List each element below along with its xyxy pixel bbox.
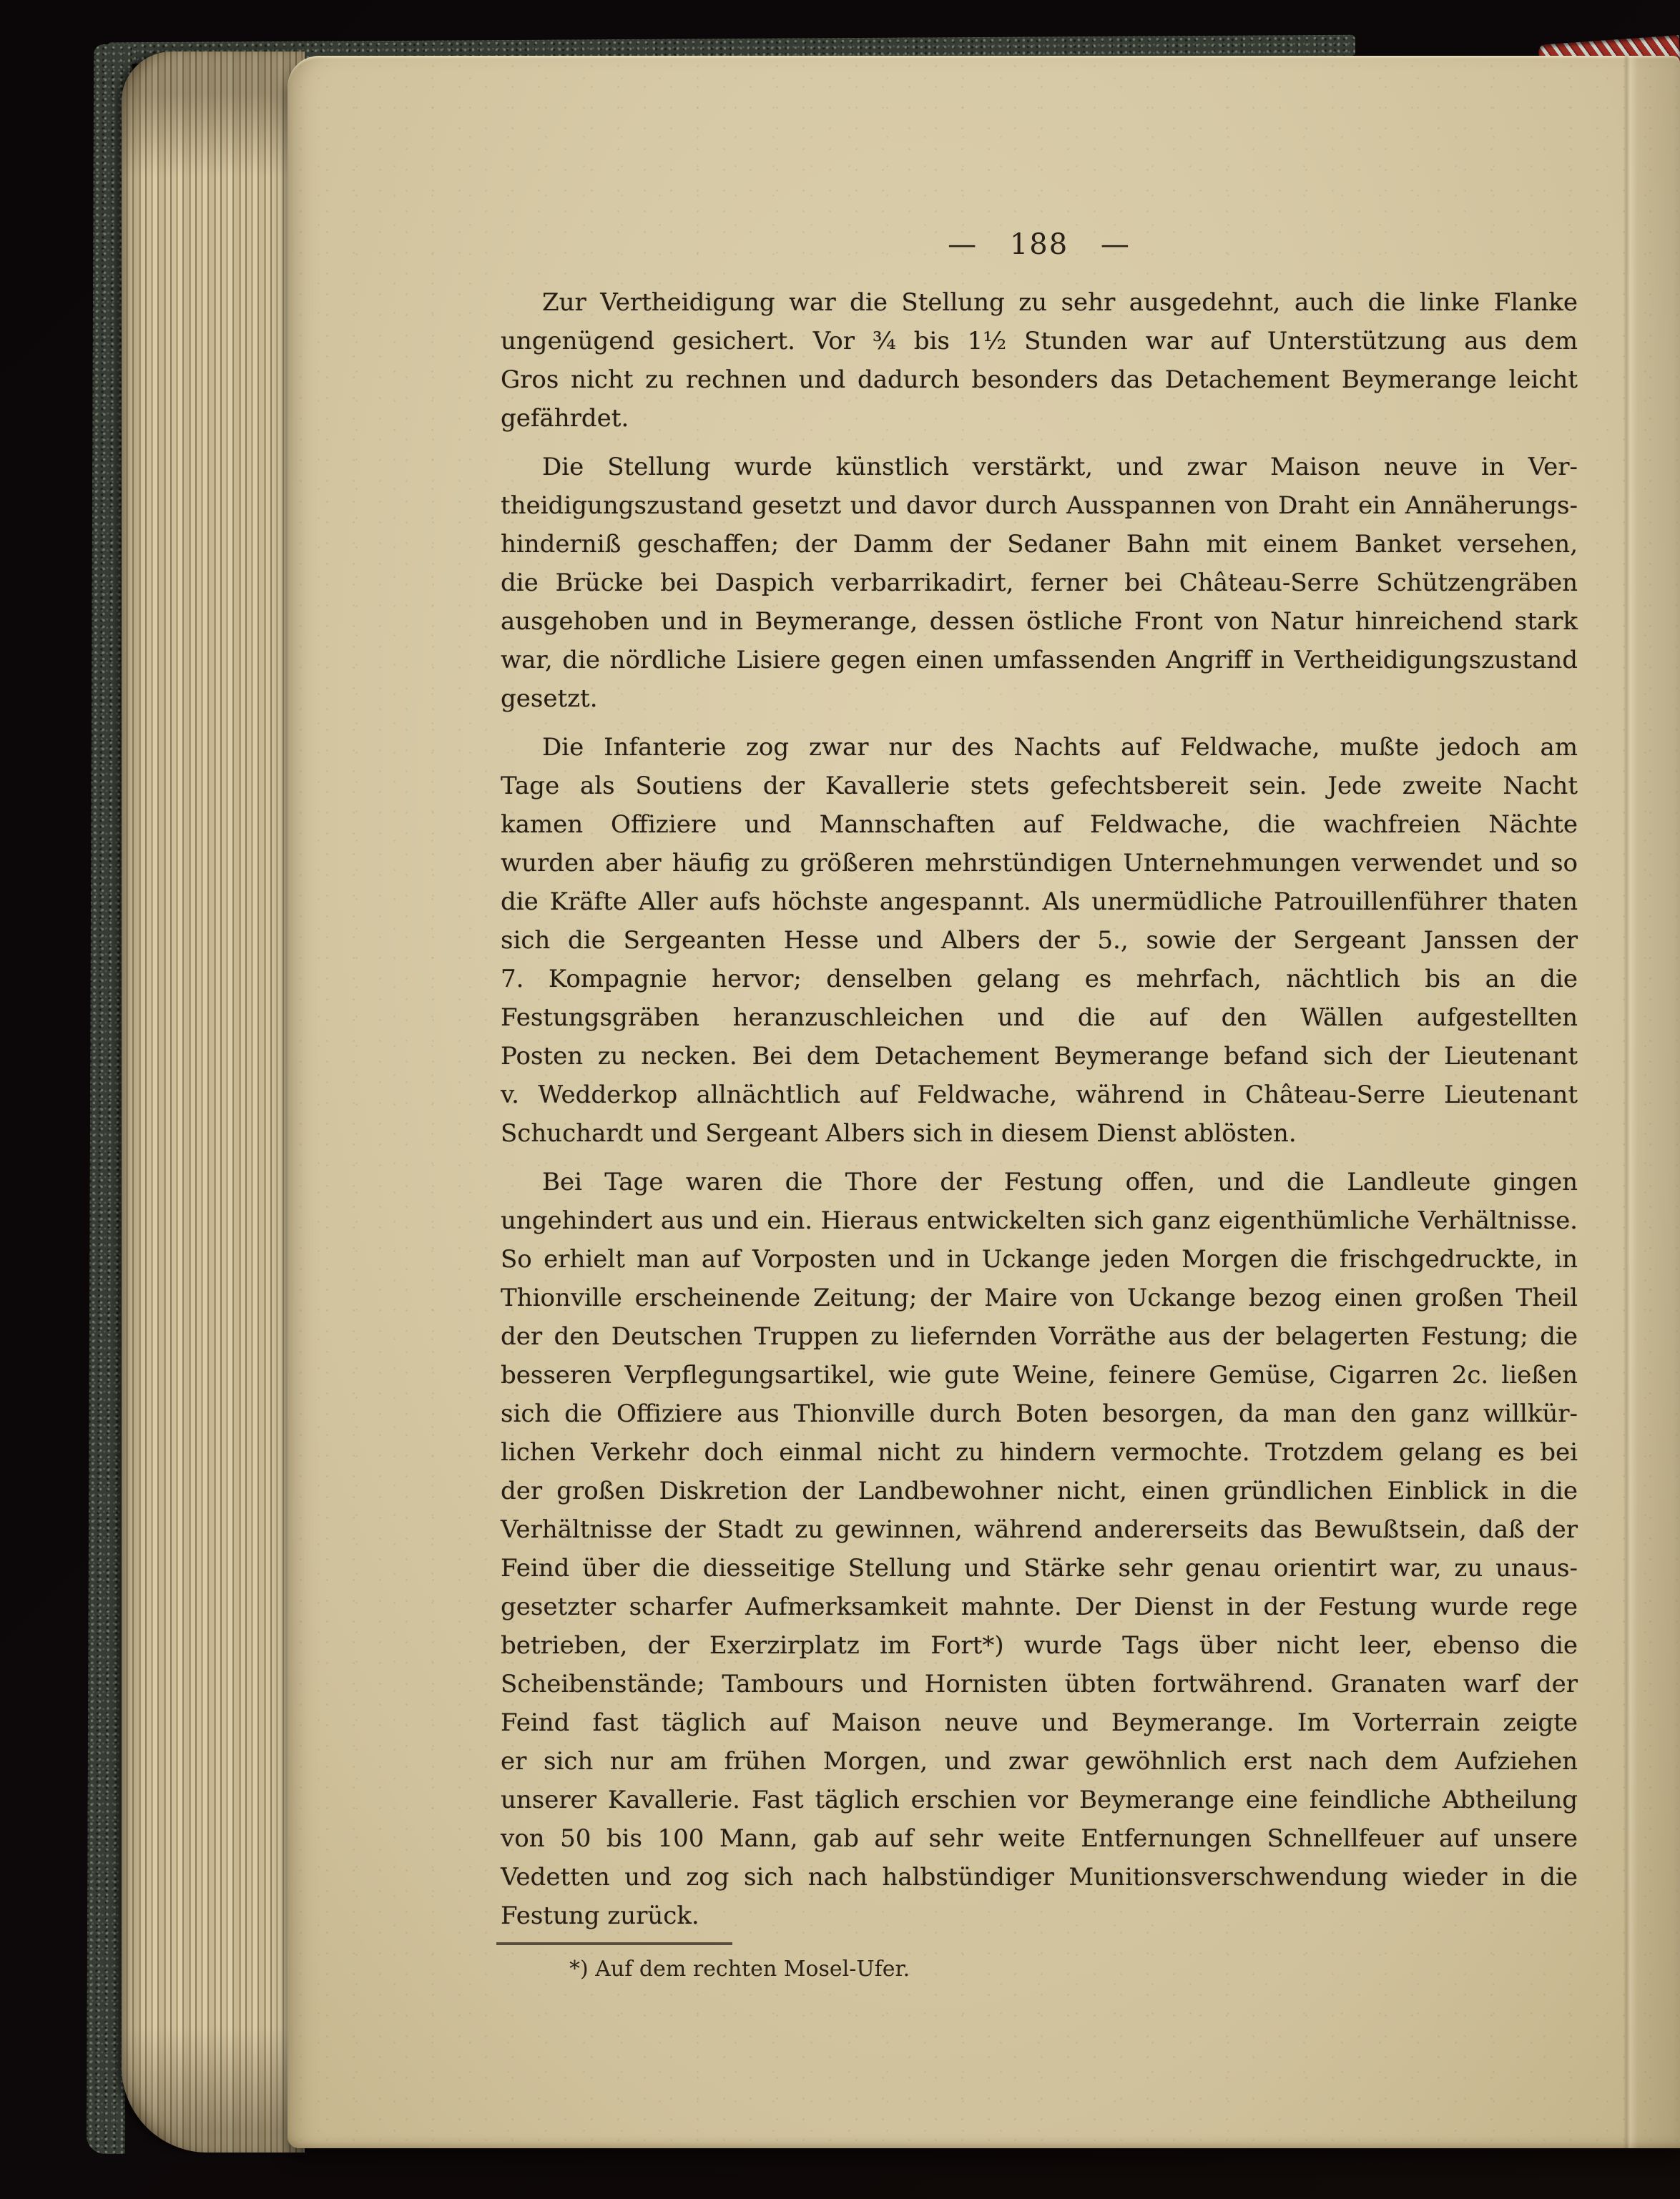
paragraph: Die Infanterie zog zwar nur des Nachts a… xyxy=(501,728,1578,1153)
text-line: gefährdet. xyxy=(501,399,1578,438)
text-line: sich die Offiziere aus Thionville durch … xyxy=(501,1394,1578,1433)
text-line: war, die nördliche Lisiere gegen einen u… xyxy=(501,641,1578,679)
text-line: theidigungszustand gesetzt und davor dur… xyxy=(501,486,1578,525)
text-line: sich die Sergeanten Hesse und Albers der… xyxy=(501,921,1578,960)
text-line: lichen Verkehr doch einmal nicht zu hind… xyxy=(501,1433,1578,1472)
text-line: Die Stellung wurde künstlich verstärkt, … xyxy=(501,448,1578,486)
page-fold-crease xyxy=(1623,56,1680,2148)
text-line: betrieben, der Exerzirplatz im Fort*) wu… xyxy=(501,1626,1578,1665)
text-line: Vedetten und zog sich nach halbstündiger… xyxy=(501,1858,1578,1897)
text-line: Scheibenstände; Tambours und Hornisten ü… xyxy=(501,1665,1578,1703)
text-line: Feind fast täglich auf Maison neuve und … xyxy=(501,1703,1578,1742)
text-line: Thionville erscheinende Zeitung; der Mai… xyxy=(501,1279,1578,1317)
text-line: 7. Kompagnie hervor; denselben gelang es… xyxy=(501,960,1578,998)
text-line: Zur Vertheidigung war die Stellung zu se… xyxy=(501,283,1578,322)
text-line: Bei Tage waren die Thore der Festung off… xyxy=(501,1163,1578,1201)
text-line: So erhielt man auf Vorposten und in Ucka… xyxy=(501,1240,1578,1279)
text-line: besseren Verpflegungsartikel, wie gute W… xyxy=(501,1356,1578,1394)
paragraph: Zur Vertheidigung war die Stellung zu se… xyxy=(501,283,1578,438)
text-line: Feind über die diesseitige Stellung und … xyxy=(501,1549,1578,1588)
text-line: Schuchardt und Sergeant Albers sich in d… xyxy=(501,1114,1578,1153)
text-line: Tage als Soutiens der Kavallerie stets g… xyxy=(501,767,1578,805)
text-line: ungehindert aus und ein. Hieraus entwick… xyxy=(501,1201,1578,1240)
text-column: — 188 — Zur Vertheidigung war die Stellu… xyxy=(501,227,1578,1984)
footnote-marker: *) xyxy=(569,1957,589,1982)
page-edge-stack xyxy=(122,51,305,2153)
text-line: ungenügend gesichert. Vor ¾ bis 1½ Stund… xyxy=(501,322,1578,360)
book-scan: — 188 — Zur Vertheidigung war die Stellu… xyxy=(0,0,1680,2199)
text-line: der den Deutschen Truppen zu liefernden … xyxy=(501,1317,1578,1356)
paragraph: Bei Tage waren die Thore der Festung off… xyxy=(501,1163,1578,1935)
body-text: Zur Vertheidigung war die Stellung zu se… xyxy=(501,283,1578,1935)
page-number: — 188 — xyxy=(501,227,1578,262)
text-line: v. Wedderkop allnächtlich auf Feldwache,… xyxy=(501,1076,1578,1114)
text-line: die Brücke bei Daspich verbarrikadirt, f… xyxy=(501,564,1578,602)
text-line: gesetzter scharfer Aufmerksamkeit mahnte… xyxy=(501,1588,1578,1626)
text-line: hinderniß geschaffen; der Damm der Sedan… xyxy=(501,525,1578,564)
footnote-text: Auf dem rechten Mosel-Ufer. xyxy=(595,1957,910,1982)
paragraph: Die Stellung wurde künstlich verstärkt, … xyxy=(501,448,1578,718)
text-line: unserer Kavallerie. Fast täglich erschie… xyxy=(501,1781,1578,1819)
text-line: kamen Offiziere und Mannschaften auf Fel… xyxy=(501,805,1578,844)
text-line: Verhältnisse der Stadt zu gewinnen, währ… xyxy=(501,1510,1578,1549)
text-line: die Kräfte Aller aufs höchste angespannt… xyxy=(501,882,1578,921)
text-line: gesetzt. xyxy=(501,679,1578,718)
text-line: Festungsgräben heranzuschleichen und die… xyxy=(501,998,1578,1037)
text-line: Die Infanterie zog zwar nur des Nachts a… xyxy=(501,728,1578,767)
text-line: ausgehoben und in Beymerange, dessen öst… xyxy=(501,602,1578,641)
text-line: er sich nur am frühen Morgen, und zwar g… xyxy=(501,1742,1578,1781)
text-line: Festung zurück. xyxy=(501,1897,1578,1935)
text-line: von 50 bis 100 Mann, gab auf sehr weite … xyxy=(501,1819,1578,1858)
text-line: Gros nicht zu rechnen und dadurch besond… xyxy=(501,360,1578,399)
footnote: *) Auf dem rechten Mosel-Ufer. xyxy=(501,1955,1578,1984)
footnote-separator xyxy=(496,1942,732,1945)
text-line: der großen Diskretion der Landbewohner n… xyxy=(501,1472,1578,1510)
text-line: Posten zu necken. Bei dem Detachement Be… xyxy=(501,1037,1578,1076)
text-line: wurden aber häufig zu größeren mehrstünd… xyxy=(501,844,1578,882)
